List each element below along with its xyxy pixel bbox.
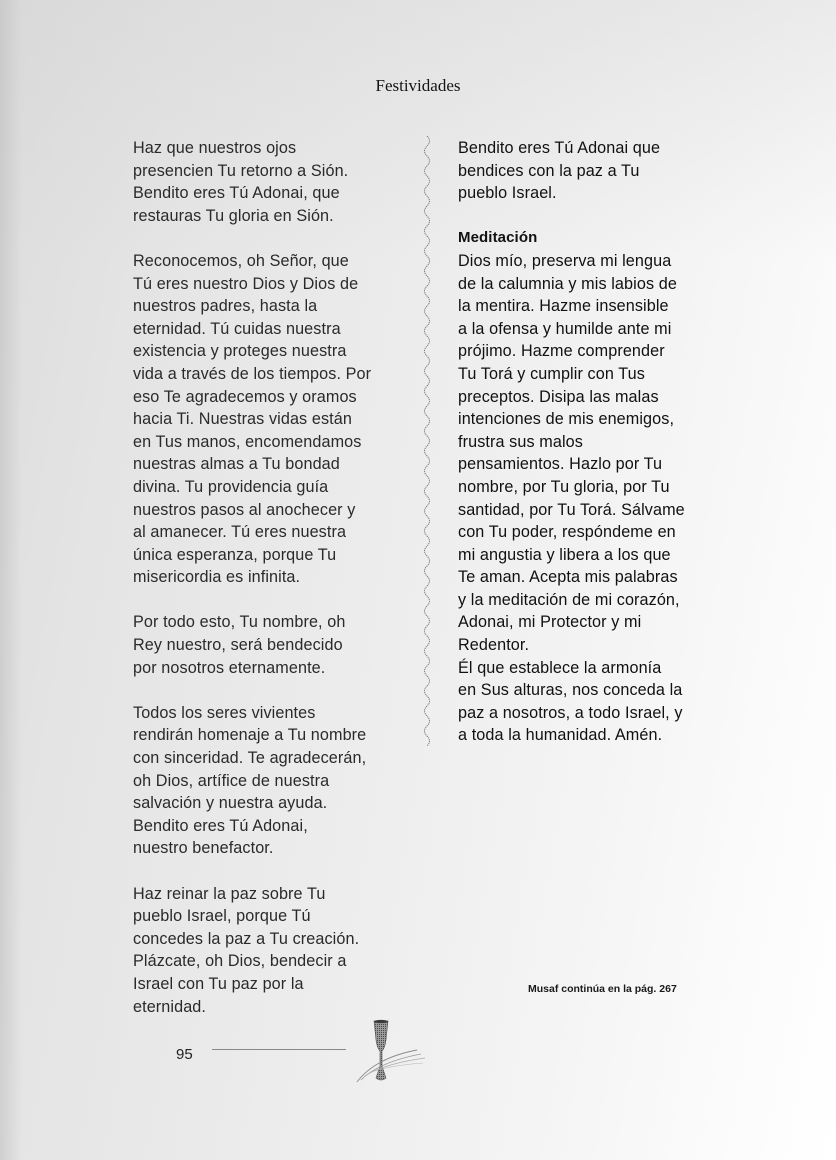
paragraph-all-living: Todos los seres vivientes rendirán homen…: [133, 702, 403, 860]
paragraph-peace-blessing: Bendito eres Tú Adonai que bendices con …: [458, 137, 728, 205]
page-number: 95: [176, 1046, 193, 1063]
wavy-column-divider: [420, 136, 434, 746]
paragraph-oseh-shalom: Él que establece la armonía en Sus altur…: [458, 657, 728, 747]
left-column: Haz que nuestros ojos presencien Tu reto…: [133, 137, 403, 1018]
paragraph-peace: Haz reinar la paz sobre Tu pueblo Israel…: [133, 883, 403, 1019]
continuation-note: Musaf continúa en la pág. 267: [528, 983, 677, 995]
scan-shadow-left: [0, 0, 22, 1160]
running-title: Festividades: [0, 76, 836, 96]
section-heading-meditacion: Meditación: [458, 227, 728, 250]
paragraph-thanksgiving: Reconocemos, oh Señor, que Tú eres nuest…: [133, 250, 403, 589]
right-column: Bendito eres Tú Adonai que bendices con …: [458, 137, 728, 747]
paragraph-blessed-name: Por todo esto, Tu nombre, oh Rey nuestro…: [133, 611, 403, 679]
footer-rule: [212, 1049, 346, 1050]
paragraph-return-to-zion: Haz que nuestros ojos presencien Tu reto…: [133, 137, 403, 227]
paragraph-meditation: Dios mío, preserva mi lengua de la calum…: [458, 250, 728, 657]
kiddush-cup-icon: [355, 1018, 430, 1088]
